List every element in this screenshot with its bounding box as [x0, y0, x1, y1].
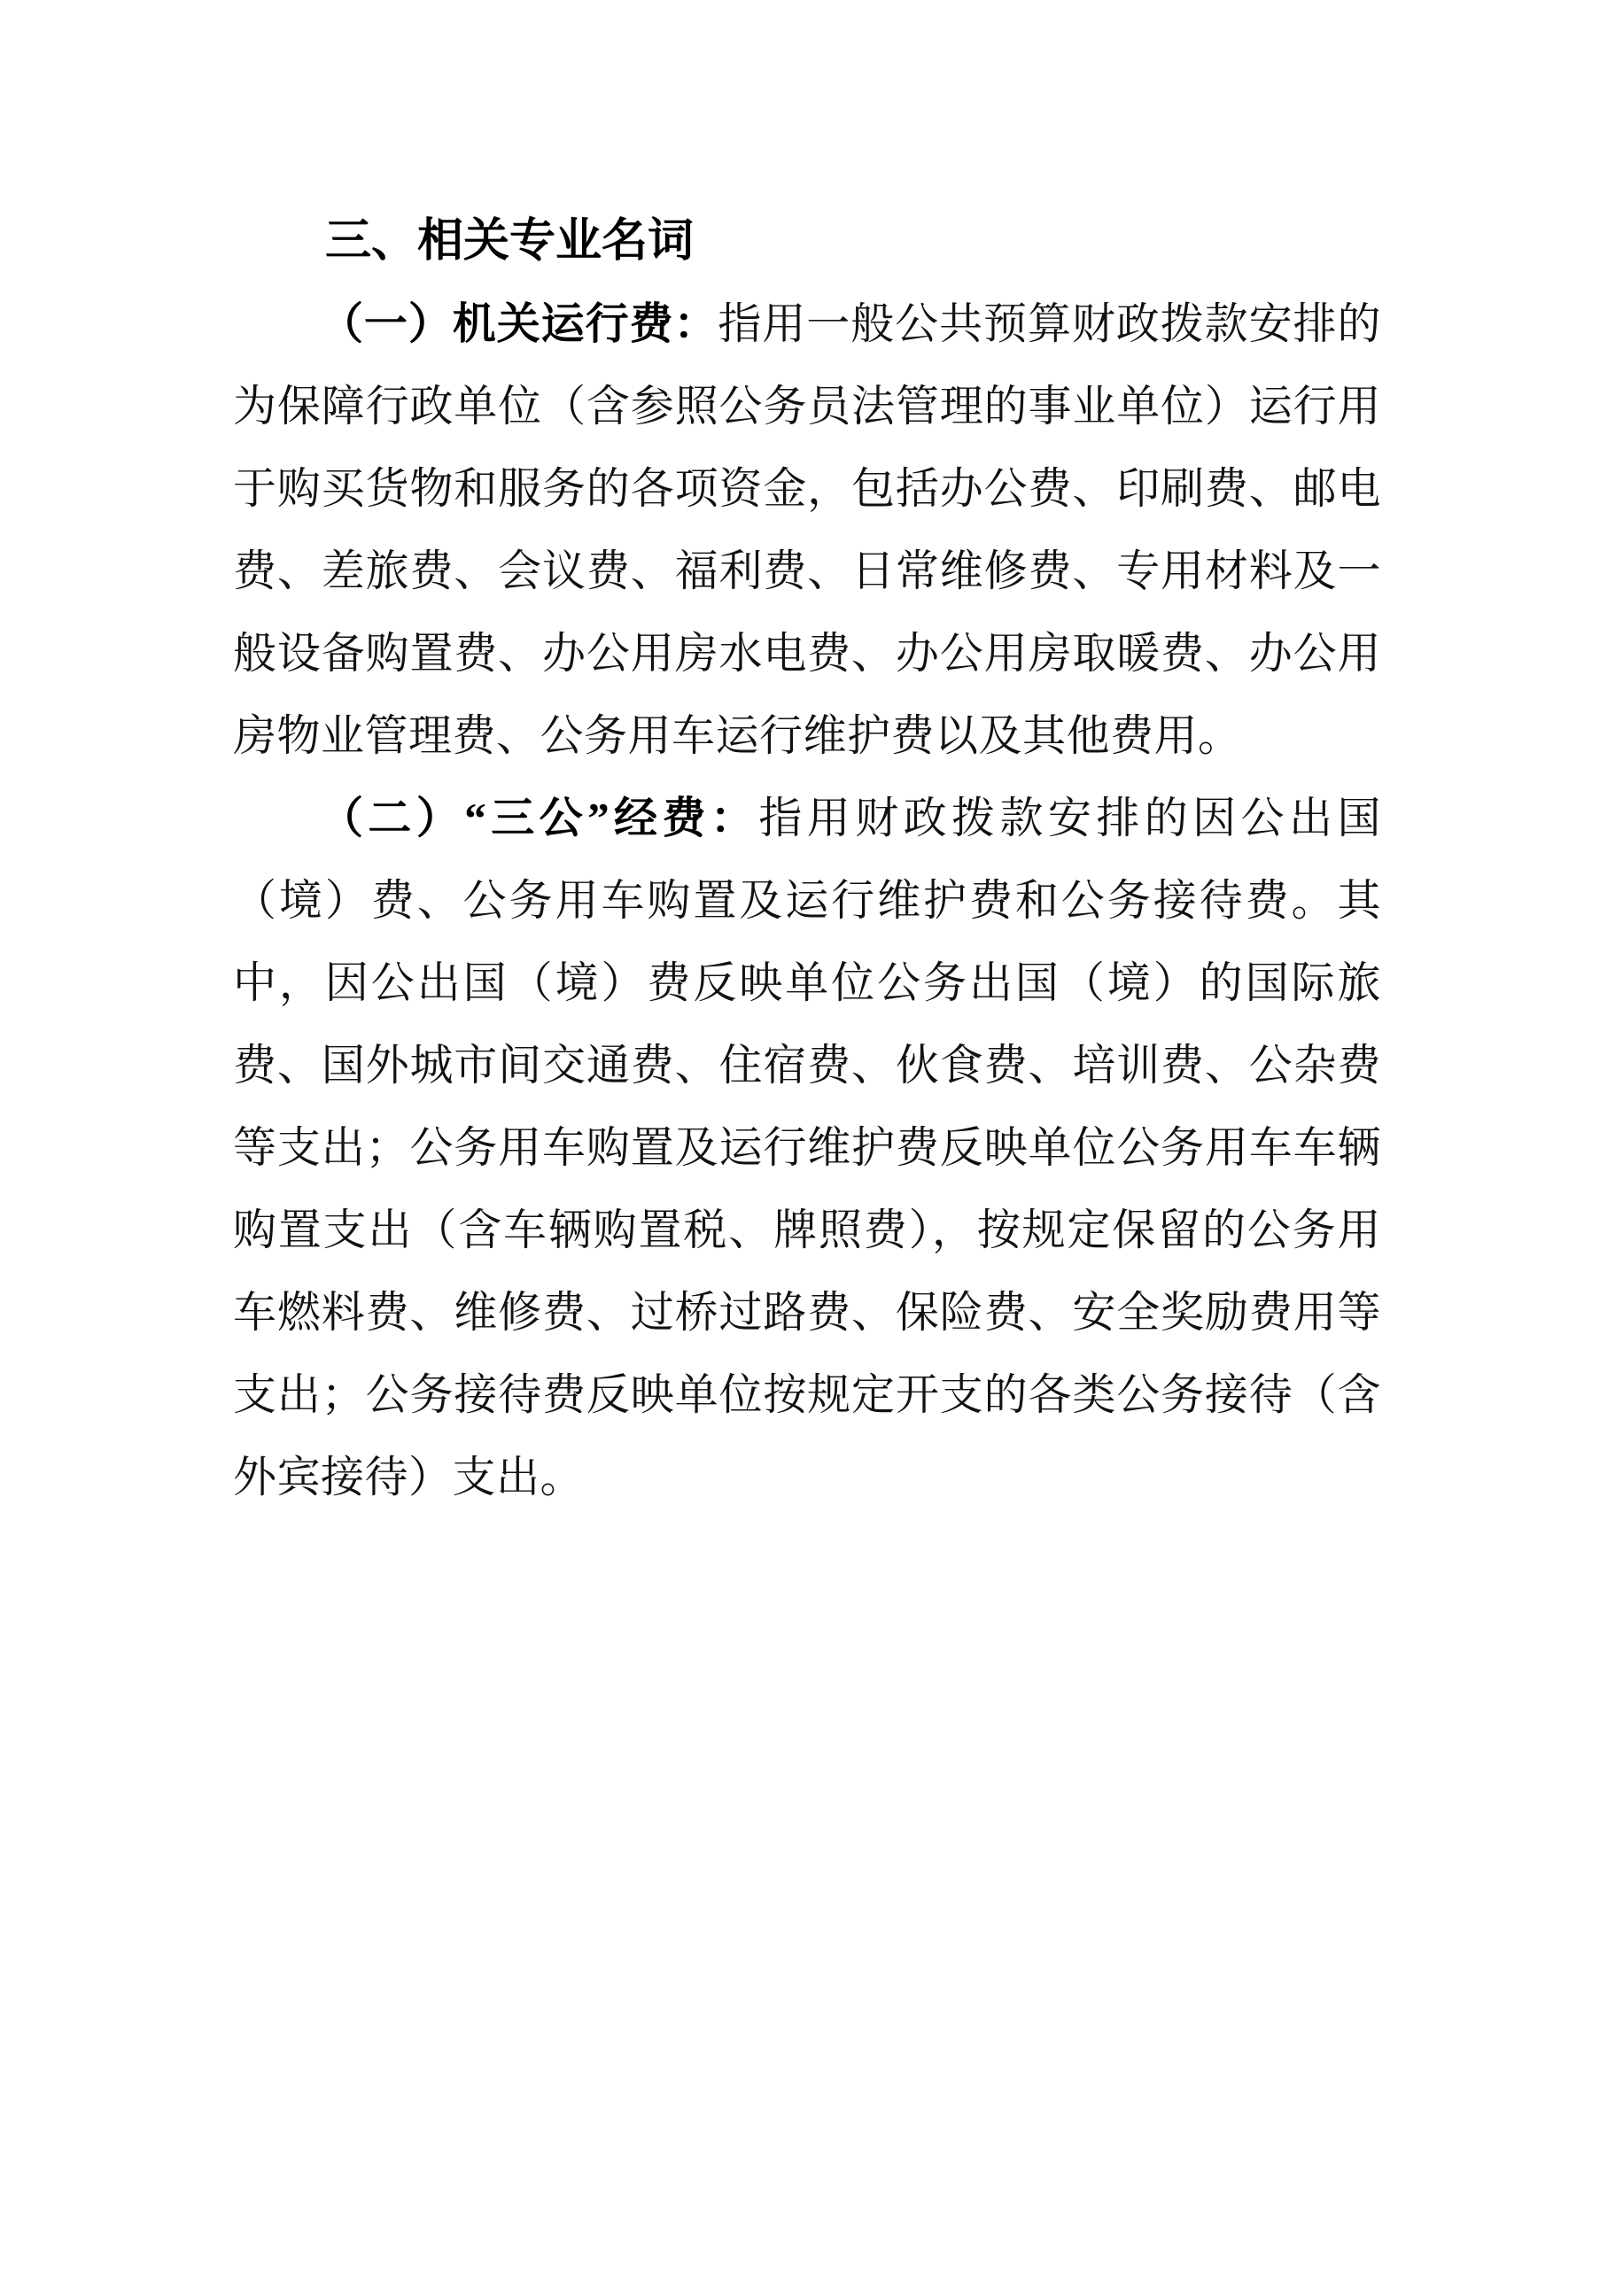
paragraph-text: 指用财政拨款安排的因公出国（境）费、公务用车购置及运行维护费和公务接待费。其中，… — [233, 794, 1381, 1501]
paragraph-lead: （二）“三公”经费： — [320, 794, 758, 842]
document-page: 三、相关专业名词 （一）机关运行费：指用一般公共预算财政拨款安排的为保障行政单位… — [0, 0, 1623, 2296]
paragraph-text: 指用一般公共预算财政拨款安排的为保障行政单位（含参照公务员法管理的事业单位）运行… — [233, 299, 1381, 760]
document-content: 三、相关专业名词 （一）机关运行费：指用一般公共预算财政拨款安排的为保障行政单位… — [233, 200, 1381, 1518]
paragraph-lead: （一）机关运行费： — [320, 299, 718, 348]
paragraph-agency-operating-expenses: （一）机关运行费：指用一般公共预算财政拨款安排的为保障行政单位（含参照公务员法管… — [233, 283, 1381, 777]
section-heading: 三、相关专业名词 — [233, 200, 1381, 283]
paragraph-three-public-funds: （二）“三公”经费：指用财政拨款安排的因公出国（境）费、公务用车购置及运行维护费… — [233, 777, 1381, 1518]
